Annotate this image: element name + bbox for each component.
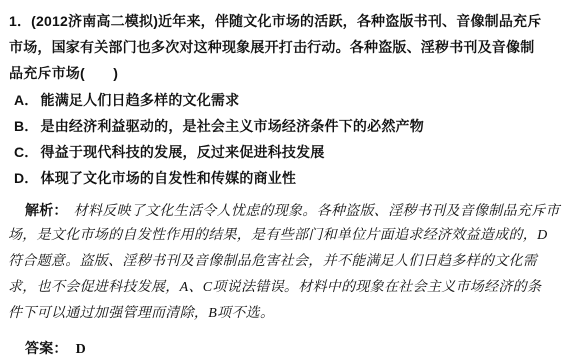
option-d: D．体现了文化市场的自发性和传媒的商业性 [14,165,566,191]
option-a: A．能满足人们日趋多样的文化需求 [14,87,566,113]
question-line: 1．(2012济南高二模拟)近年来，伴随文化市场的活跃，各种盗版书刊、音像制品充… [9,8,566,34]
option-b: B．是由经济利益驱动的，是社会主义市场经济条件下的必然产物 [14,113,566,139]
exercise-document: 1．(2012济南高二模拟)近年来，伴随文化市场的活跃，各种盗版书刊、音像制品充… [0,0,566,362]
analysis-text: 材料反映了文化生活令人忧虑的现象。各种盗版、淫秽书刊及音像制品充斥市 [74,204,560,219]
option-c-label: C． [14,139,39,165]
option-d-text: 体现了文化市场的自发性和传媒的商业性 [41,170,297,186]
question-line: 市场，国家有关部门也多次对这种现象展开打击行动。各种盗版、淫秽书刊及音像制 [9,34,566,60]
options-list: A．能满足人们日趋多样的文化需求 B．是由经济利益驱动的，是社会主义市场经济条件… [0,87,566,191]
analysis-label: 解析： [25,197,68,223]
analysis-line: 场，是文化市场的自发性作用的结果，是有些部门和单位片面追求经济效益造成的，D [8,223,566,249]
option-b-text: 是由经济利益驱动的，是社会主义市场经济条件下的必然产物 [41,118,424,134]
option-d-label: D． [14,165,39,191]
option-a-text: 能满足人们日趋多样的文化需求 [41,92,240,108]
analysis-section: 解析：材料反映了文化生活令人忧虑的现象。各种盗版、淫秽书刊及音像制品充斥市 场，… [0,197,566,327]
analysis-line: 符合题意。盗版、淫秽书刊及音像制品危害社会，并不能满足人们日趋多样的文化需 [8,249,566,275]
analysis-line: 求，也不会促进科技发展，A、C项说法错误。材料中的现象在社会主义市场经济的条 [8,275,566,301]
answer-label: 答案： [25,340,68,356]
answer-section: 答案：D [0,335,566,361]
option-c-text: 得益于现代科技的发展，反过来促进科技发展 [41,144,325,160]
analysis-line: 件下可以通过加强管理而清除，B项不选。 [8,301,566,327]
answer-value: D [76,342,86,357]
question-line: 品充斥市场( ) [9,60,566,86]
option-c: C．得益于现代科技的发展，反过来促进科技发展 [14,139,566,165]
analysis-line: 解析：材料反映了文化生活令人忧虑的现象。各种盗版、淫秽书刊及音像制品充斥市 [8,197,566,223]
question-stem: 1．(2012济南高二模拟)近年来，伴随文化市场的活跃，各种盗版书刊、音像制品充… [0,8,566,86]
option-b-label: B． [14,113,39,139]
option-a-label: A． [14,87,39,113]
